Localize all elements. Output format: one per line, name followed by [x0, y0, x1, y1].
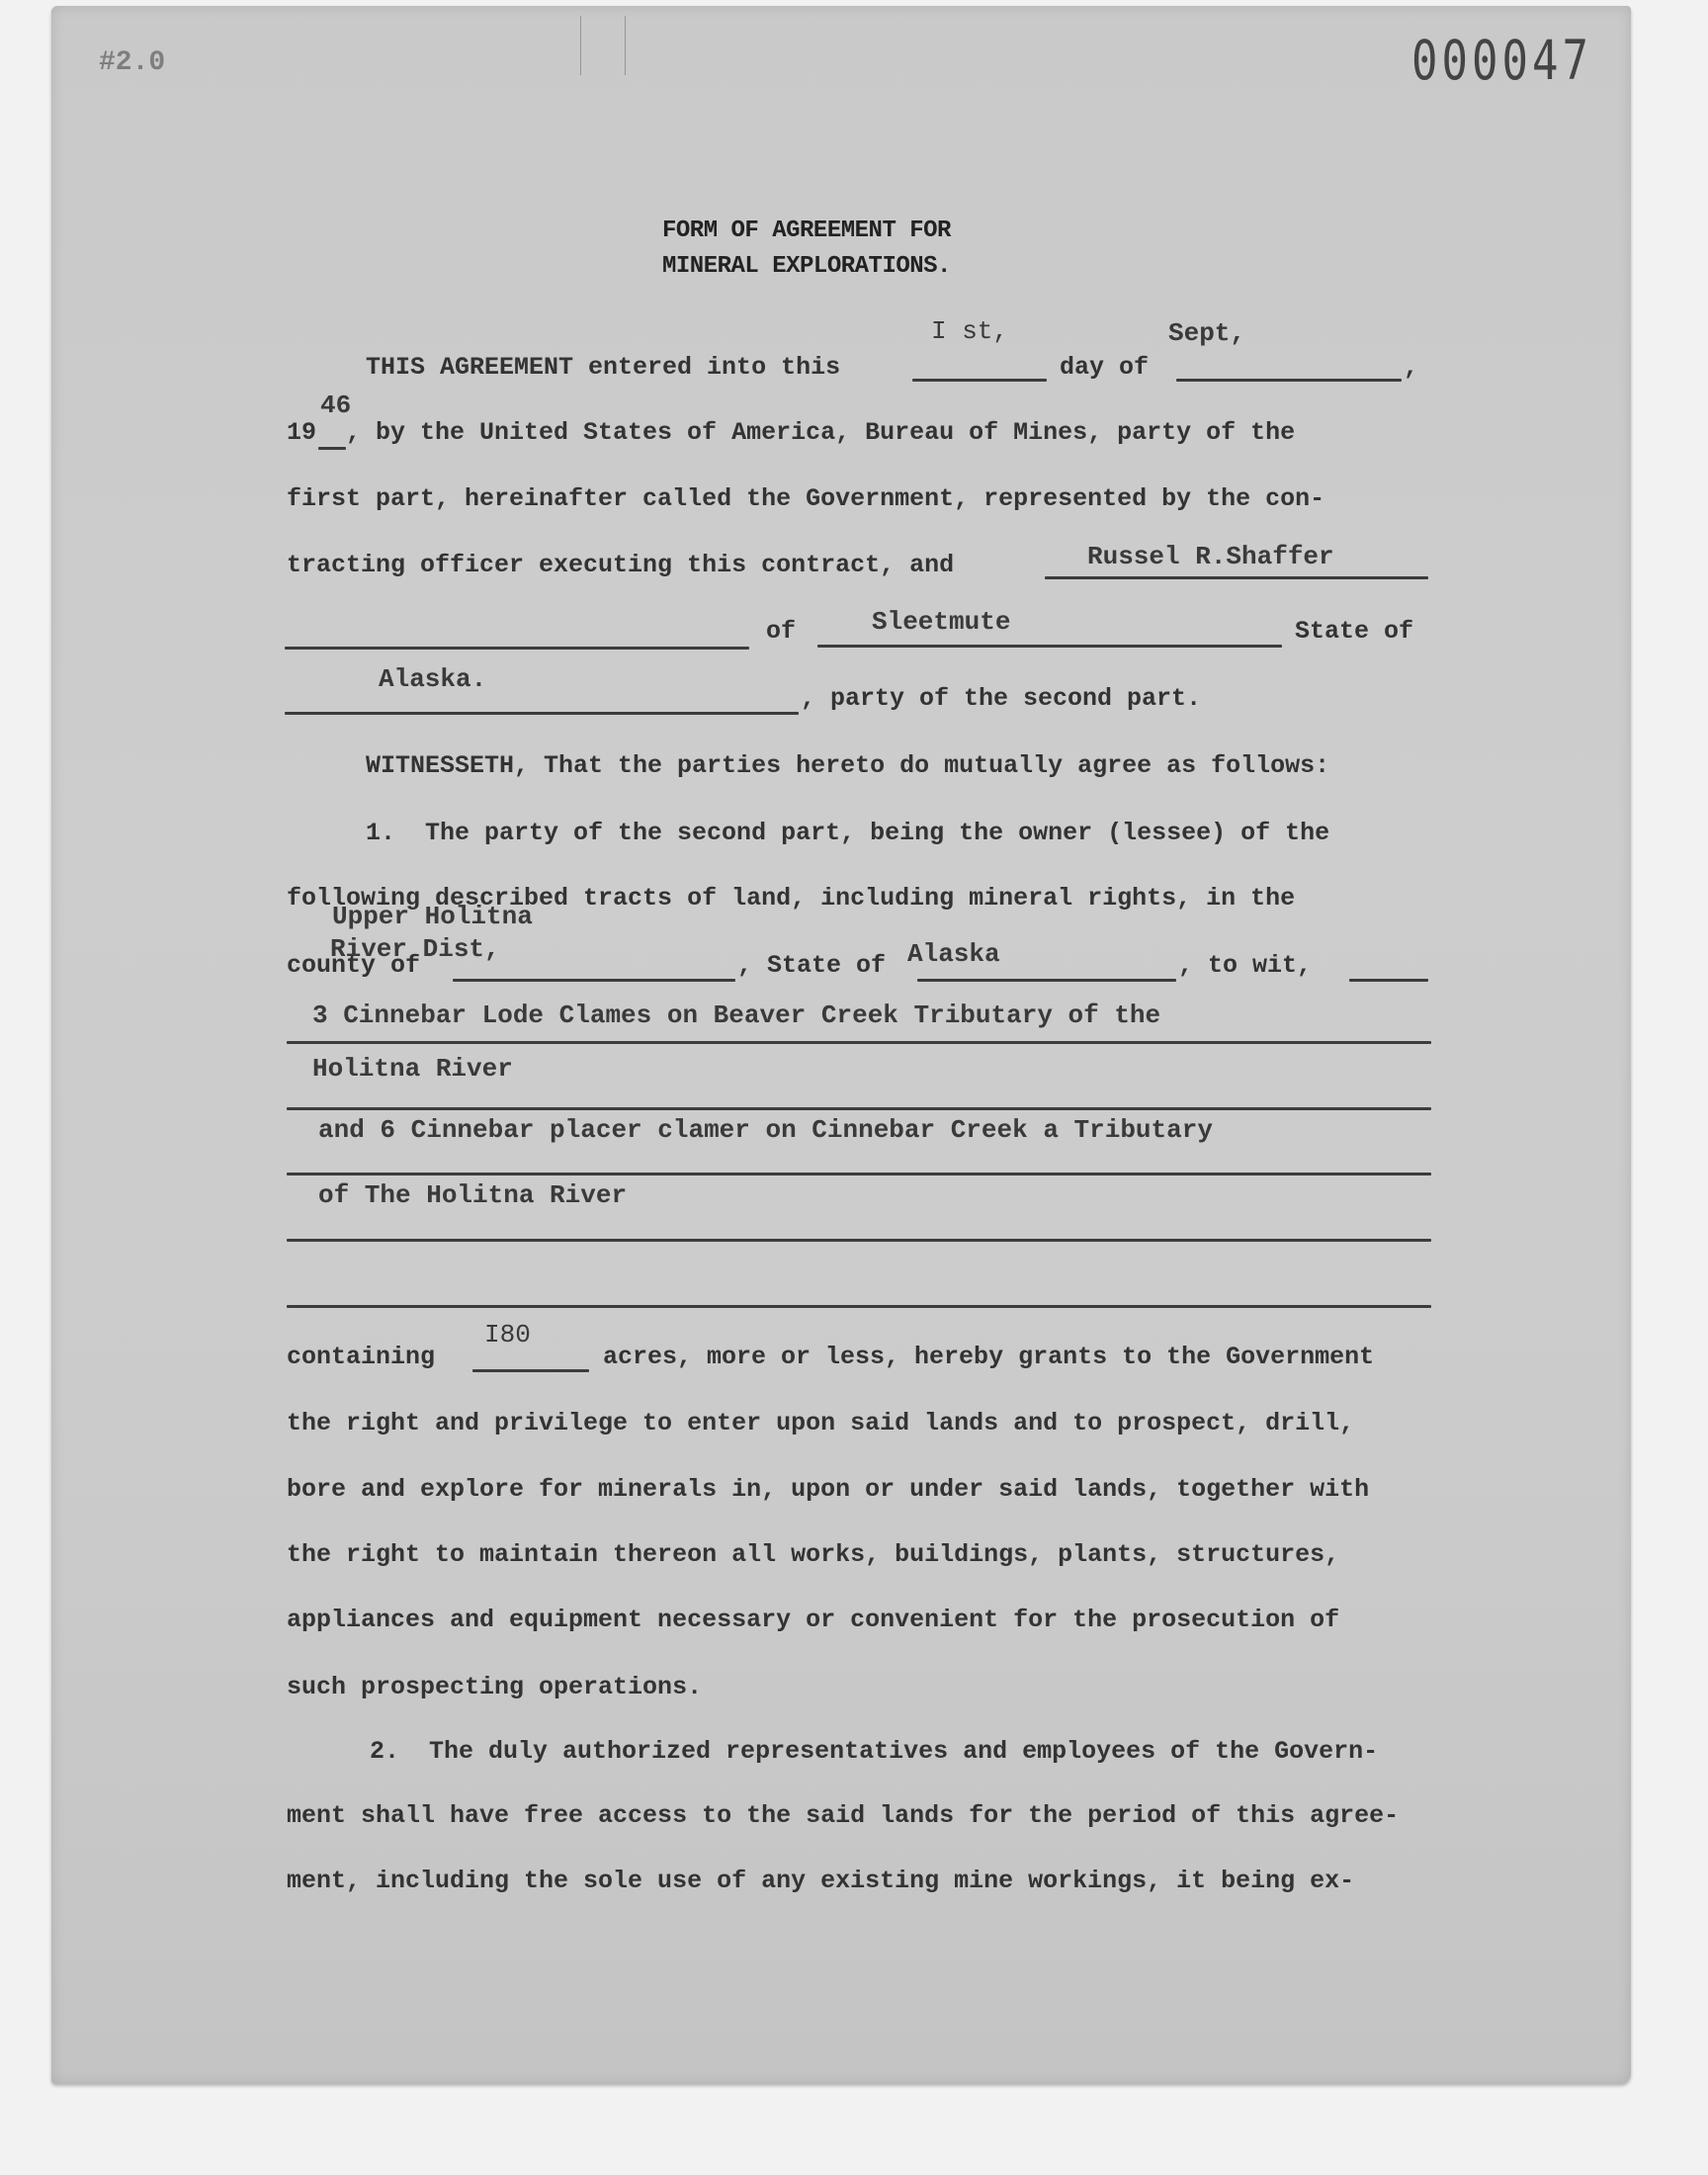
text-line: , party of the second part.	[801, 684, 1201, 713]
blank-line	[472, 1369, 589, 1372]
text-line: bore and explore for minerals in, upon o…	[287, 1475, 1369, 1504]
blank-line	[287, 1239, 1431, 1242]
field-county-line-1: Upper Holitna	[332, 902, 533, 931]
text-line: the right and privilege to enter upon sa…	[287, 1409, 1354, 1437]
text-line: county of	[287, 951, 420, 980]
text-line: appliances and equipment necessary or co…	[287, 1606, 1339, 1634]
text-line: WITNESSETH, That the parties hereto do m…	[366, 751, 1329, 780]
text-line: THIS AGREEMENT entered into this	[366, 353, 840, 382]
blank-line	[453, 979, 735, 982]
document-page	[51, 6, 1631, 2084]
blank-line	[318, 447, 346, 450]
blank-line	[1176, 379, 1402, 382]
blank-line	[817, 645, 1282, 648]
field-county-state: Alaska	[907, 939, 1000, 969]
blank-line	[1349, 979, 1428, 982]
text-line: day of	[1060, 353, 1149, 382]
text-line: , State of	[737, 951, 886, 980]
text-line: 2. The duly authorized representatives a…	[370, 1737, 1378, 1766]
field-month: Sept,	[1168, 318, 1245, 348]
text-line: ment shall have free access to the said …	[287, 1801, 1399, 1830]
blank-line	[285, 712, 799, 715]
blank-line	[912, 379, 1047, 382]
fold-mark	[580, 16, 581, 75]
text-line: containing	[287, 1343, 435, 1371]
text-line: ,	[1404, 353, 1418, 382]
text-line: acres, more or less, hereby grants to th…	[603, 1343, 1374, 1371]
fold-mark	[625, 16, 626, 75]
text-line: first part, hereinafter called the Gover…	[287, 484, 1324, 513]
field-acres: I80	[484, 1320, 531, 1349]
text-line: of	[766, 617, 796, 646]
field-tract-line-2: Holitna River	[312, 1054, 513, 1084]
text-line: such prospecting operations.	[287, 1673, 702, 1701]
field-tract-line-3: and 6 Cinnebar placer clamer on Cinnebar…	[318, 1115, 1213, 1145]
corner-mark: #2.0	[99, 47, 165, 78]
field-year: 46	[320, 391, 351, 420]
field-tract-line-1: 3 Cinnebar Lode Clames on Beaver Creek T…	[312, 1000, 1160, 1030]
blank-line	[287, 1107, 1431, 1110]
field-day: I st,	[931, 316, 1008, 346]
text-line: , by the United States of America, Burea…	[346, 418, 1295, 447]
blank-line	[285, 647, 749, 650]
text-line: 19	[287, 418, 316, 447]
blank-line	[287, 1173, 1431, 1175]
title-line-2: MINERAL EXPLORATIONS.	[662, 253, 951, 280]
text-line: the right to maintain thereon all works,…	[287, 1540, 1339, 1569]
field-tract-line-4: of The Holitna River	[318, 1180, 627, 1210]
field-place: Sleetmute	[872, 607, 1010, 637]
title-line-1: FORM OF AGREEMENT FOR	[662, 217, 951, 244]
blank-line	[287, 1305, 1431, 1308]
blank-line	[917, 979, 1176, 982]
field-state: Alaska.	[379, 664, 486, 694]
text-line: ment, including the sole use of any exis…	[287, 1867, 1354, 1895]
text-line: State of	[1295, 617, 1413, 646]
document-number-stamp: 000047	[1411, 30, 1592, 93]
text-line: tracting officer executing this contract…	[287, 551, 954, 579]
blank-line	[1045, 576, 1428, 579]
text-line: 1. The party of the second part, being t…	[366, 819, 1329, 847]
blank-line	[287, 1041, 1431, 1044]
field-second-party-name: Russel R.Shaffer	[1087, 542, 1334, 571]
text-line: , to wit,	[1178, 951, 1312, 980]
